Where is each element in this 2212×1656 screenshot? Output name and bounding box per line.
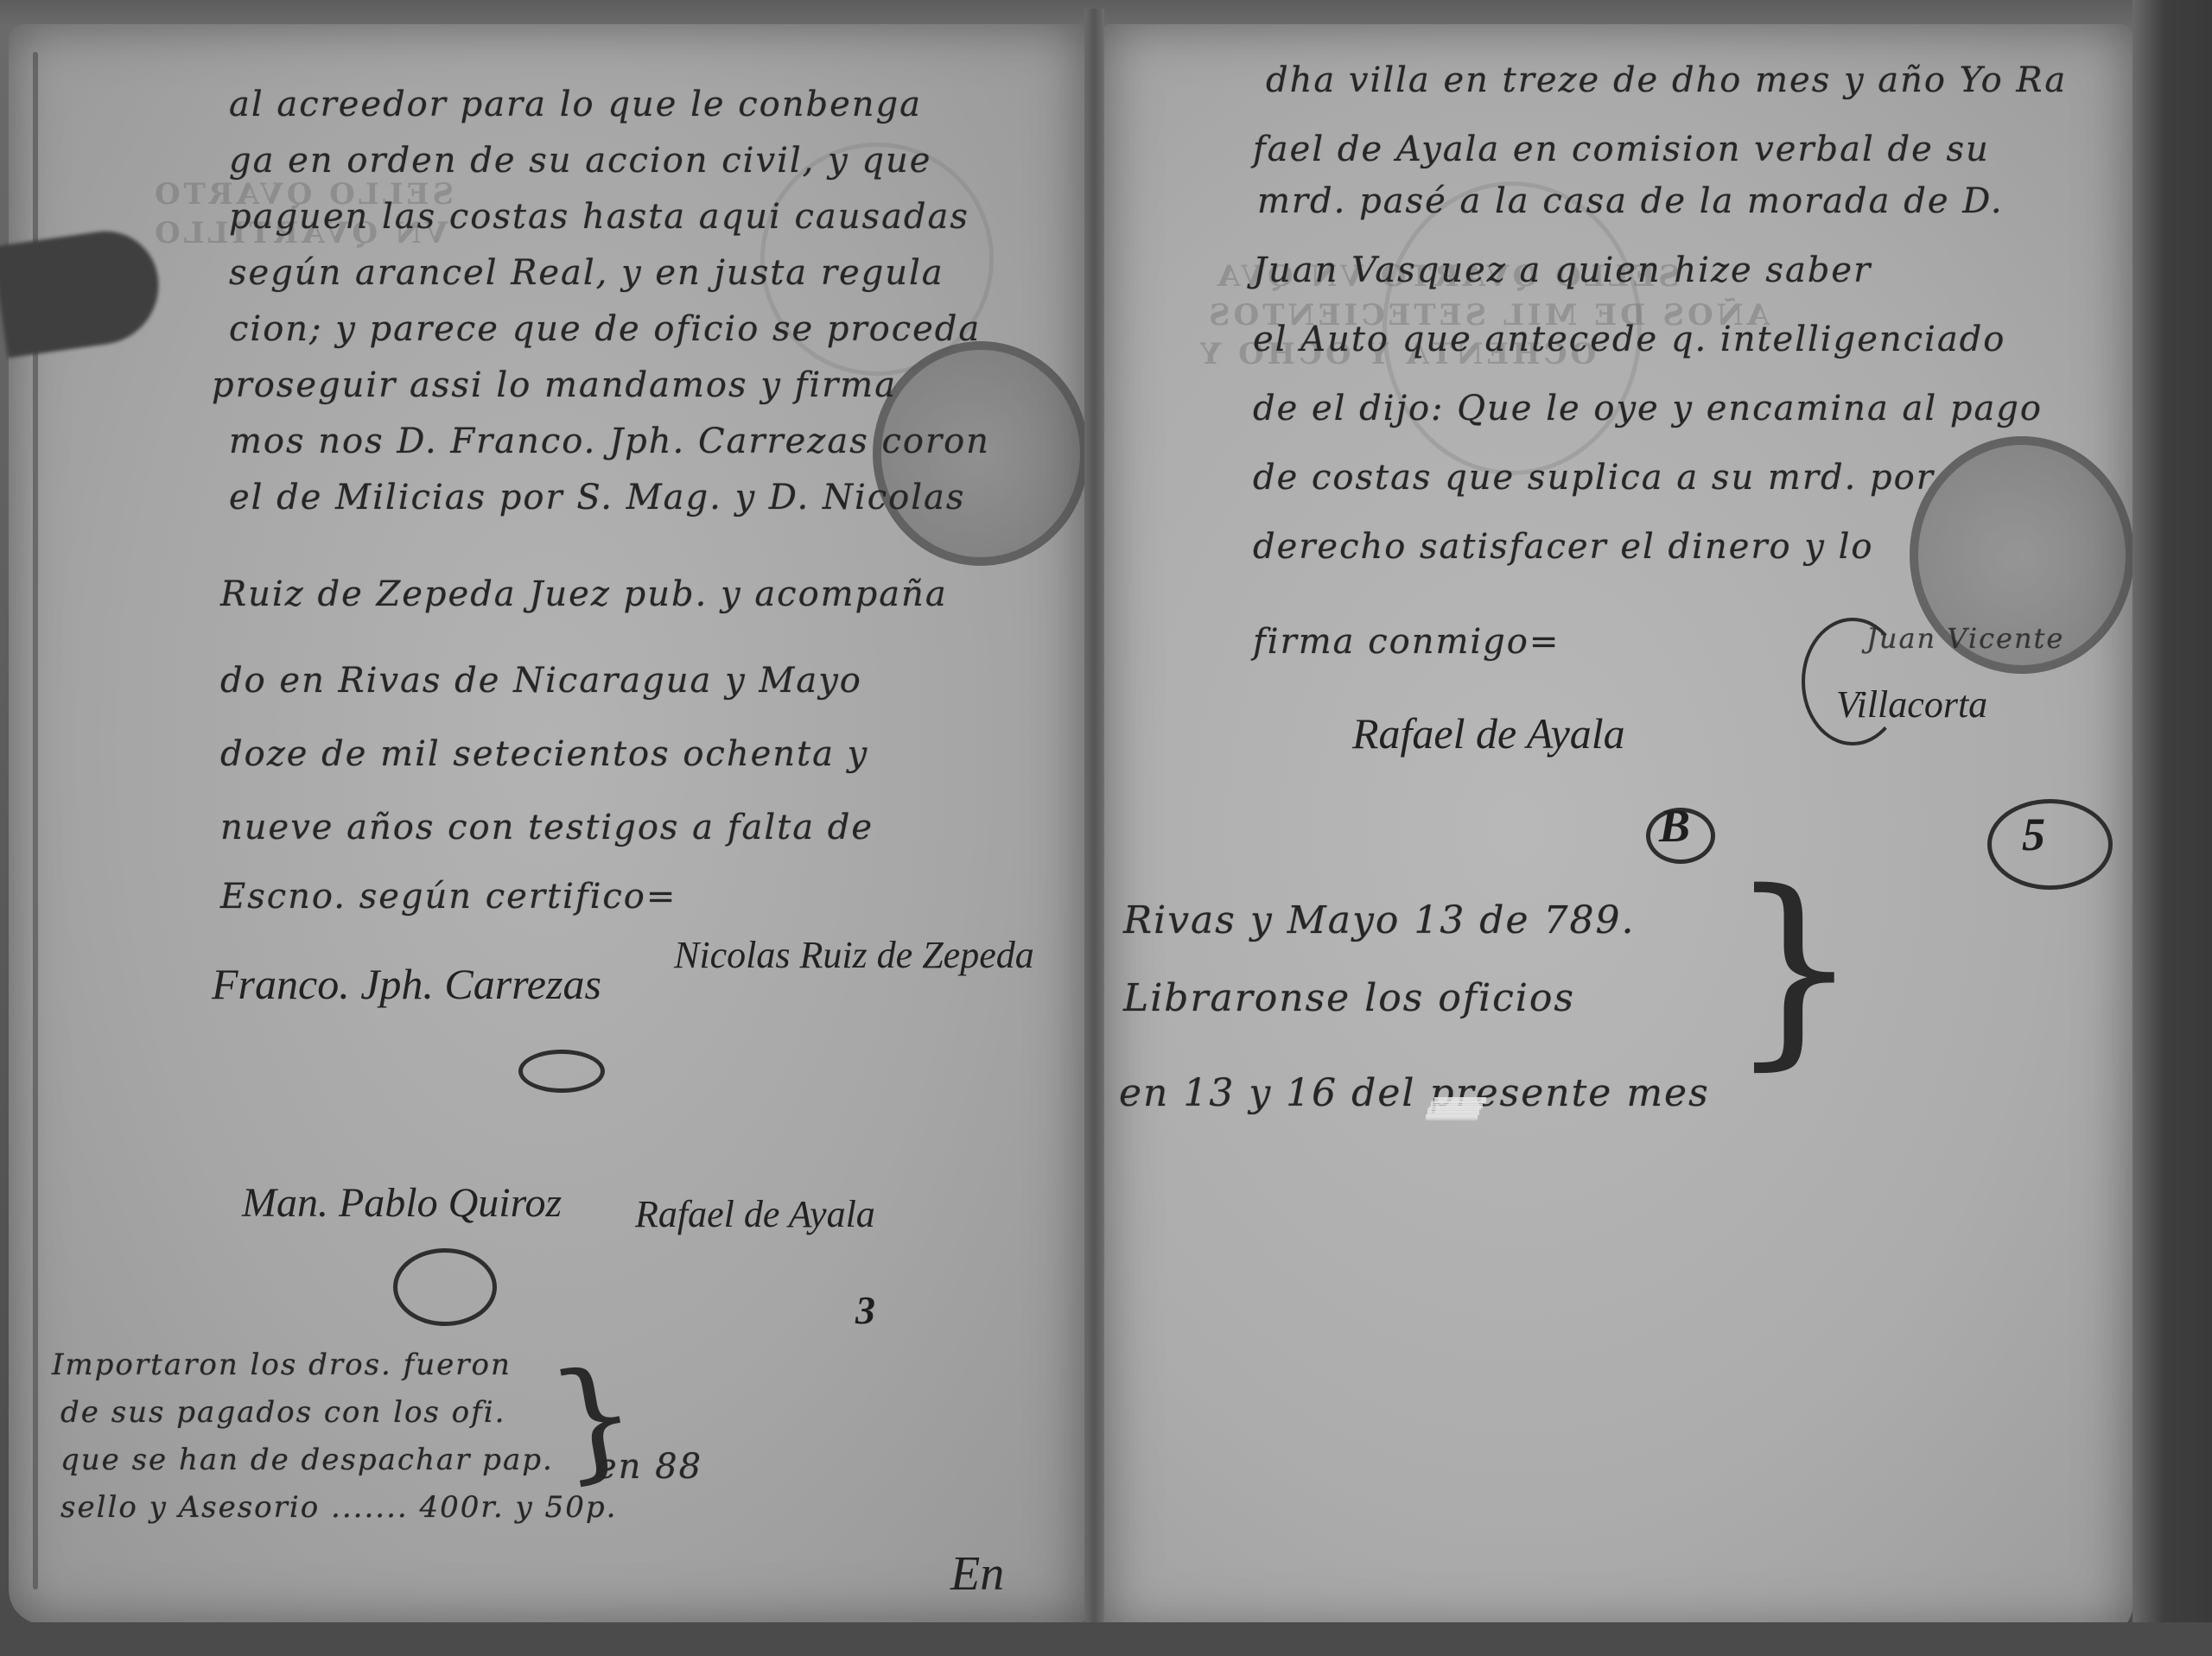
right-body-line: de costas que suplica a su mrd. por — [1253, 458, 1935, 498]
rubric-mark-right-2: 5 — [2022, 808, 2045, 861]
right-body-line: el Auto que antecede q. intelligenciado — [1253, 320, 2005, 359]
rubric-flourish — [393, 1248, 497, 1326]
rubric-mark-left: 3 — [855, 1287, 875, 1333]
signature-quiroz: Man. Pablo Quiroz — [242, 1179, 562, 1227]
right-body-line: mrd. pasé a la casa de la morada de D. — [1257, 181, 2004, 221]
signature-ayala-left: Rafael de Ayala — [635, 1192, 875, 1236]
marginal-note-line: que se han de despachar pap. — [60, 1443, 554, 1477]
scan-bottom-edge — [0, 1622, 2212, 1656]
signature-ruiz-de-zepeda: Nicolas Ruiz de Zepeda — [674, 933, 1034, 977]
annotation-line: Libraronse los oficios — [1123, 976, 1575, 1020]
marginal-note-line: Importaron los dros. fueron — [52, 1348, 512, 1382]
rubric-flourish — [518, 1050, 605, 1093]
left-body-line: al acreedor para lo que le conbenga — [229, 85, 922, 124]
marginal-note-line: sello y Asesorio ....... 400r. y 50p. — [60, 1490, 617, 1525]
marginal-note-line: de sus pagados con los ofi. — [60, 1395, 505, 1430]
manuscript-scan: SELLO QVARTO VN QVARTILLO al acreedor pa… — [0, 0, 2212, 1656]
corner-catchword: En — [950, 1546, 1004, 1602]
left-body-line: nueve años con testigos a falta de — [220, 808, 874, 847]
rubric-flourish — [1987, 799, 2113, 890]
right-body-line: derecho satisfacer el dinero y lo — [1253, 527, 1873, 567]
film-scratch — [1426, 1118, 1478, 1120]
rubric-mark-right-1: B — [1659, 799, 1690, 853]
left-body-line: el de Milicias por S. Mag. y D. Nicolas — [229, 478, 965, 517]
annotation-line: en 13 y 16 del presente mes — [1119, 1071, 1710, 1115]
signature-carrezas: Franco. Jph. Carrezas — [212, 959, 601, 1009]
left-body-line: cion; y parece que de oficio se proceda — [229, 309, 981, 349]
book-gutter — [1084, 9, 1104, 1650]
left-body-line: doze de mil setecientos ochenta y — [220, 734, 868, 774]
left-body-line: Escno. según certifico= — [220, 877, 677, 917]
curly-brace-right: } — [1728, 864, 1860, 1071]
right-body-line: fael de Ayala en comision verbal de su — [1253, 130, 1990, 169]
left-body-line: Ruiz de Zepeda Juez pub. y acompaña — [220, 574, 948, 614]
left-body-line: ga en orden de su accion civil, y que — [229, 141, 931, 181]
signature-ayala-right: Rafael de Ayala — [1352, 708, 1625, 758]
left-body-line: según arancel Real, y en justa regula — [229, 253, 944, 293]
right-body-line: firma conmigo= — [1253, 622, 1560, 662]
left-body-line: mos nos D. Franco. Jph. Carrezas coron — [229, 422, 990, 461]
signature-villacorta: Villacorta — [1836, 682, 1987, 726]
margin-amount: en 88 — [596, 1447, 702, 1487]
left-body-line: paguen las costas hasta aqui causadas — [229, 197, 969, 237]
left-body-line: do en Rivas de Nicaragua y Mayo — [220, 661, 862, 701]
right-body-line: Juan Vasquez a quien hize saber — [1253, 251, 1872, 290]
left-body-line: proseguir assi lo mandamos y firma — [212, 365, 897, 405]
right-body-line: dha villa en treze de dho mes y año Yo R… — [1266, 60, 2067, 100]
right-body-line: de el dijo: Que le oye y encamina al pag… — [1253, 389, 2043, 428]
annotation-line: Rivas y Mayo 13 de 789. — [1123, 898, 1635, 942]
scan-right-edge — [2133, 0, 2212, 1656]
